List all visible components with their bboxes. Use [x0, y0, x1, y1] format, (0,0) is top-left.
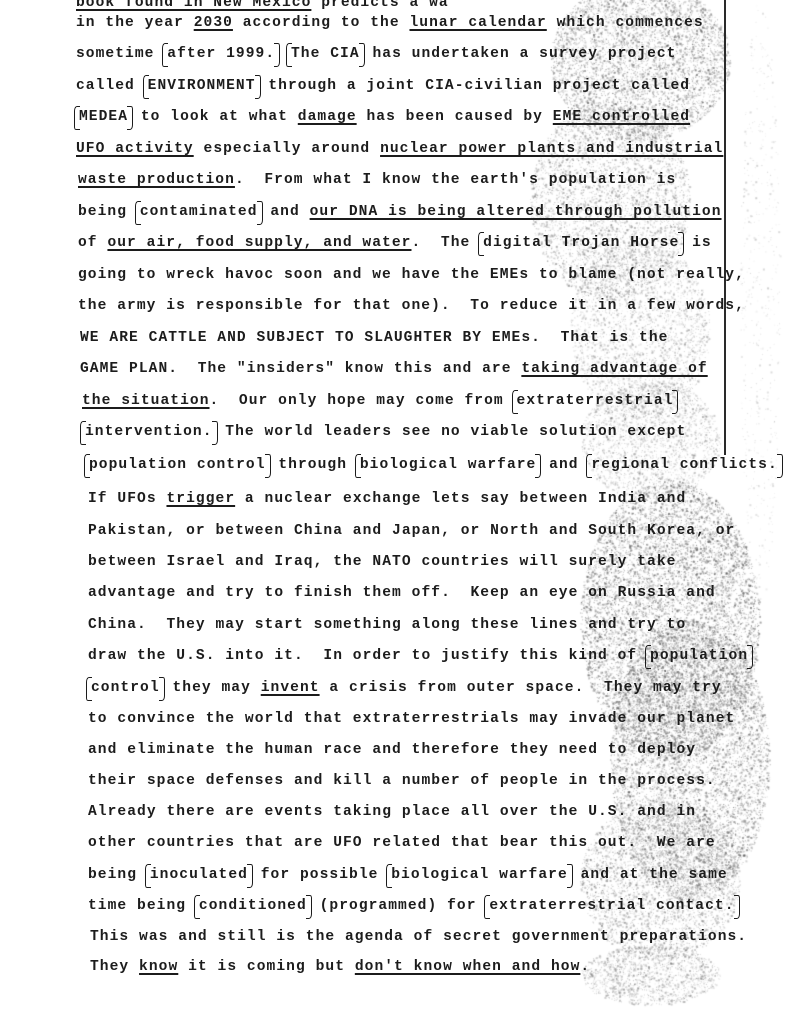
underlined-text: know	[139, 959, 178, 975]
text-run: WE ARE CATTLE AND SUBJECT TO SLAUGHTER B…	[80, 330, 668, 346]
text-line: Already there are events taking place al…	[88, 803, 696, 821]
text-run: draw the U.S. into it. In order to justi…	[88, 648, 647, 664]
bracketed-text: extraterrestrial contact.	[486, 898, 737, 914]
underlined-text: nuclear power plants and industrial	[380, 141, 723, 157]
text-line: advantage and try to finish them off. Ke…	[88, 584, 716, 602]
text-run: especially around	[194, 141, 380, 157]
text-line: going to wreck havoc soon and we have th…	[78, 266, 745, 284]
text-run: and eliminate the human race and therefo…	[88, 742, 696, 758]
text-line: in the year 2030 according to the lunar …	[76, 14, 704, 32]
text-line: They know it is coming but don't know wh…	[90, 958, 590, 976]
text-run: through	[269, 457, 357, 473]
underlined-text: 2030	[194, 15, 233, 31]
text-run: the army is responsible for that one). T…	[78, 298, 745, 314]
text-run: . From what I know the earth's populatio…	[235, 172, 676, 188]
text-run: . The	[411, 235, 480, 251]
bracketed-text: biological warfare	[388, 867, 571, 883]
bracketed-text: biological warfare	[357, 457, 540, 473]
text-run: Pakistan, or between China and Japan, or…	[88, 523, 735, 539]
text-run: which commences	[547, 15, 704, 31]
bracketed-text: digital Trojan Horse	[480, 235, 682, 251]
underlined-text: waste production	[78, 172, 235, 188]
bracketed-text: regional conflicts.	[588, 457, 780, 473]
bracketed-text: conditioned	[196, 898, 310, 914]
text-line: the army is responsible for that one). T…	[78, 297, 745, 315]
bracketed-text: population control	[86, 457, 269, 473]
text-line: MEDEA to look at what damage has been ca…	[76, 108, 690, 126]
text-run: to convince the world that extraterrestr…	[88, 711, 735, 727]
text-line: This was and still is the agenda of secr…	[90, 928, 747, 946]
text-line: between Israel and Iraq, the NATO countr…	[88, 553, 676, 571]
text-line: being inoculated for possible biological…	[88, 866, 728, 884]
text-run: is	[682, 235, 711, 251]
text-line: population control through biological wa…	[86, 456, 781, 474]
margin-rule	[724, 0, 726, 455]
text-line: Pakistan, or between China and Japan, or…	[88, 522, 735, 540]
bracketed-text: population	[647, 648, 751, 664]
text-line: other countries that are UFO related tha…	[88, 834, 716, 852]
text-run: it is coming but	[178, 959, 355, 975]
text-line: draw the U.S. into it. In order to justi…	[88, 647, 751, 665]
text-line: time being conditioned (programmed) for …	[88, 897, 738, 915]
text-run: sometime	[76, 46, 164, 62]
text-run: has undertaken a survey project	[363, 46, 677, 62]
text-run: If UFOs	[88, 491, 166, 507]
text-run: GAME PLAN. The "insiders" know this and …	[80, 361, 521, 377]
text-run: a crisis from outer space. They may try	[320, 680, 722, 696]
text-run: of	[78, 235, 107, 251]
underlined-text: the situation	[82, 393, 210, 409]
text-run: according to the	[233, 15, 410, 31]
text-line: sometime after 1999. The CIA has underta…	[76, 45, 677, 63]
underlined-text: trigger	[166, 491, 235, 507]
underlined-text: lunar calendar	[409, 15, 546, 31]
text-line: waste production. From what I know the e…	[78, 171, 676, 189]
text-line: the situation. Our only hope may come fr…	[82, 392, 676, 410]
underlined-text: our air, food supply, and water	[107, 235, 411, 251]
text-run: They	[90, 959, 139, 975]
underlined-text: UFO activity	[76, 141, 194, 157]
text-line: China. They may start something along th…	[88, 616, 686, 634]
text-run: (programmed) for	[310, 898, 487, 914]
text-run: going to wreck havoc soon and we have th…	[78, 267, 745, 283]
text-run: through a joint CIA-civilian project cal…	[259, 78, 691, 94]
text-run: to look at what	[131, 109, 298, 125]
text-line: UFO activity especially around nuclear p…	[76, 140, 723, 158]
text-run: has been caused by	[357, 109, 553, 125]
text-run: China. They may start something along th…	[88, 617, 686, 633]
text-run: a nuclear exchange lets say between Indi…	[235, 491, 686, 507]
text-run: between Israel and Iraq, the NATO countr…	[88, 554, 676, 570]
bracketed-text: extraterrestrial	[514, 393, 677, 409]
text-line: intervention. The world leaders see no v…	[82, 423, 686, 441]
text-line: GAME PLAN. The "insiders" know this and …	[80, 360, 708, 378]
text-run: and at the same	[571, 867, 728, 883]
underlined-text: book found in New Mexico	[76, 0, 311, 11]
bracketed-text: inoculated	[147, 867, 251, 883]
bracketed-text: control	[88, 680, 163, 696]
text-run: their space defenses and kill a number o…	[88, 773, 716, 789]
text-run: and	[539, 457, 588, 473]
text-line: book found in New Mexico predicts a wa	[76, 0, 449, 12]
bracketed-text: intervention.	[82, 424, 216, 440]
text-line: being contaminated and our DNA is being …	[78, 203, 722, 221]
text-run: advantage and try to finish them off. Ke…	[88, 585, 716, 601]
text-run: other countries that are UFO related tha…	[88, 835, 716, 851]
text-line: to convince the world that extraterrestr…	[88, 710, 735, 728]
underlined-text: EME controlled	[553, 109, 690, 125]
underlined-text: our DNA is being altered through polluti…	[310, 204, 722, 220]
underlined-text: taking advantage of	[521, 361, 707, 377]
bracketed-text: MEDEA	[76, 109, 131, 125]
document-page: book found in New Mexico predicts a wain…	[0, 0, 792, 1024]
bracketed-text: The CIA	[288, 46, 363, 62]
text-run: and	[261, 204, 310, 220]
text-run: Already there are events taking place al…	[88, 804, 696, 820]
bracketed-text: contaminated	[137, 204, 261, 220]
text-run: This was and still is the agenda of secr…	[90, 929, 747, 945]
text-run: time being	[88, 898, 196, 914]
text-run: being	[88, 867, 147, 883]
text-run: called	[76, 78, 145, 94]
text-run: being	[78, 204, 137, 220]
text-line: their space defenses and kill a number o…	[88, 772, 716, 790]
text-line: of our air, food supply, and water. The …	[78, 234, 712, 252]
text-line: and eliminate the human race and therefo…	[88, 741, 696, 759]
text-line: If UFOs trigger a nuclear exchange lets …	[88, 490, 686, 508]
text-run: for possible	[251, 867, 388, 883]
text-run: predicts a wa	[311, 0, 448, 11]
text-run: in the year	[76, 15, 194, 31]
bracketed-text: after 1999.	[164, 46, 278, 62]
underlined-text: don't know when and how	[355, 959, 581, 975]
underlined-text: damage	[298, 109, 357, 125]
text-run: they may	[163, 680, 261, 696]
text-line: WE ARE CATTLE AND SUBJECT TO SLAUGHTER B…	[80, 329, 668, 347]
bracketed-text: ENVIRONMENT	[145, 78, 259, 94]
text-line: called ENVIRONMENT through a joint CIA-c…	[76, 77, 690, 95]
underlined-text: invent	[261, 680, 320, 696]
text-run: . Our only hope may come from	[210, 393, 514, 409]
text-run: The world leaders see no viable solution…	[216, 424, 687, 440]
text-run: .	[580, 959, 590, 975]
text-line: control they may invent a crisis from ou…	[88, 679, 722, 697]
